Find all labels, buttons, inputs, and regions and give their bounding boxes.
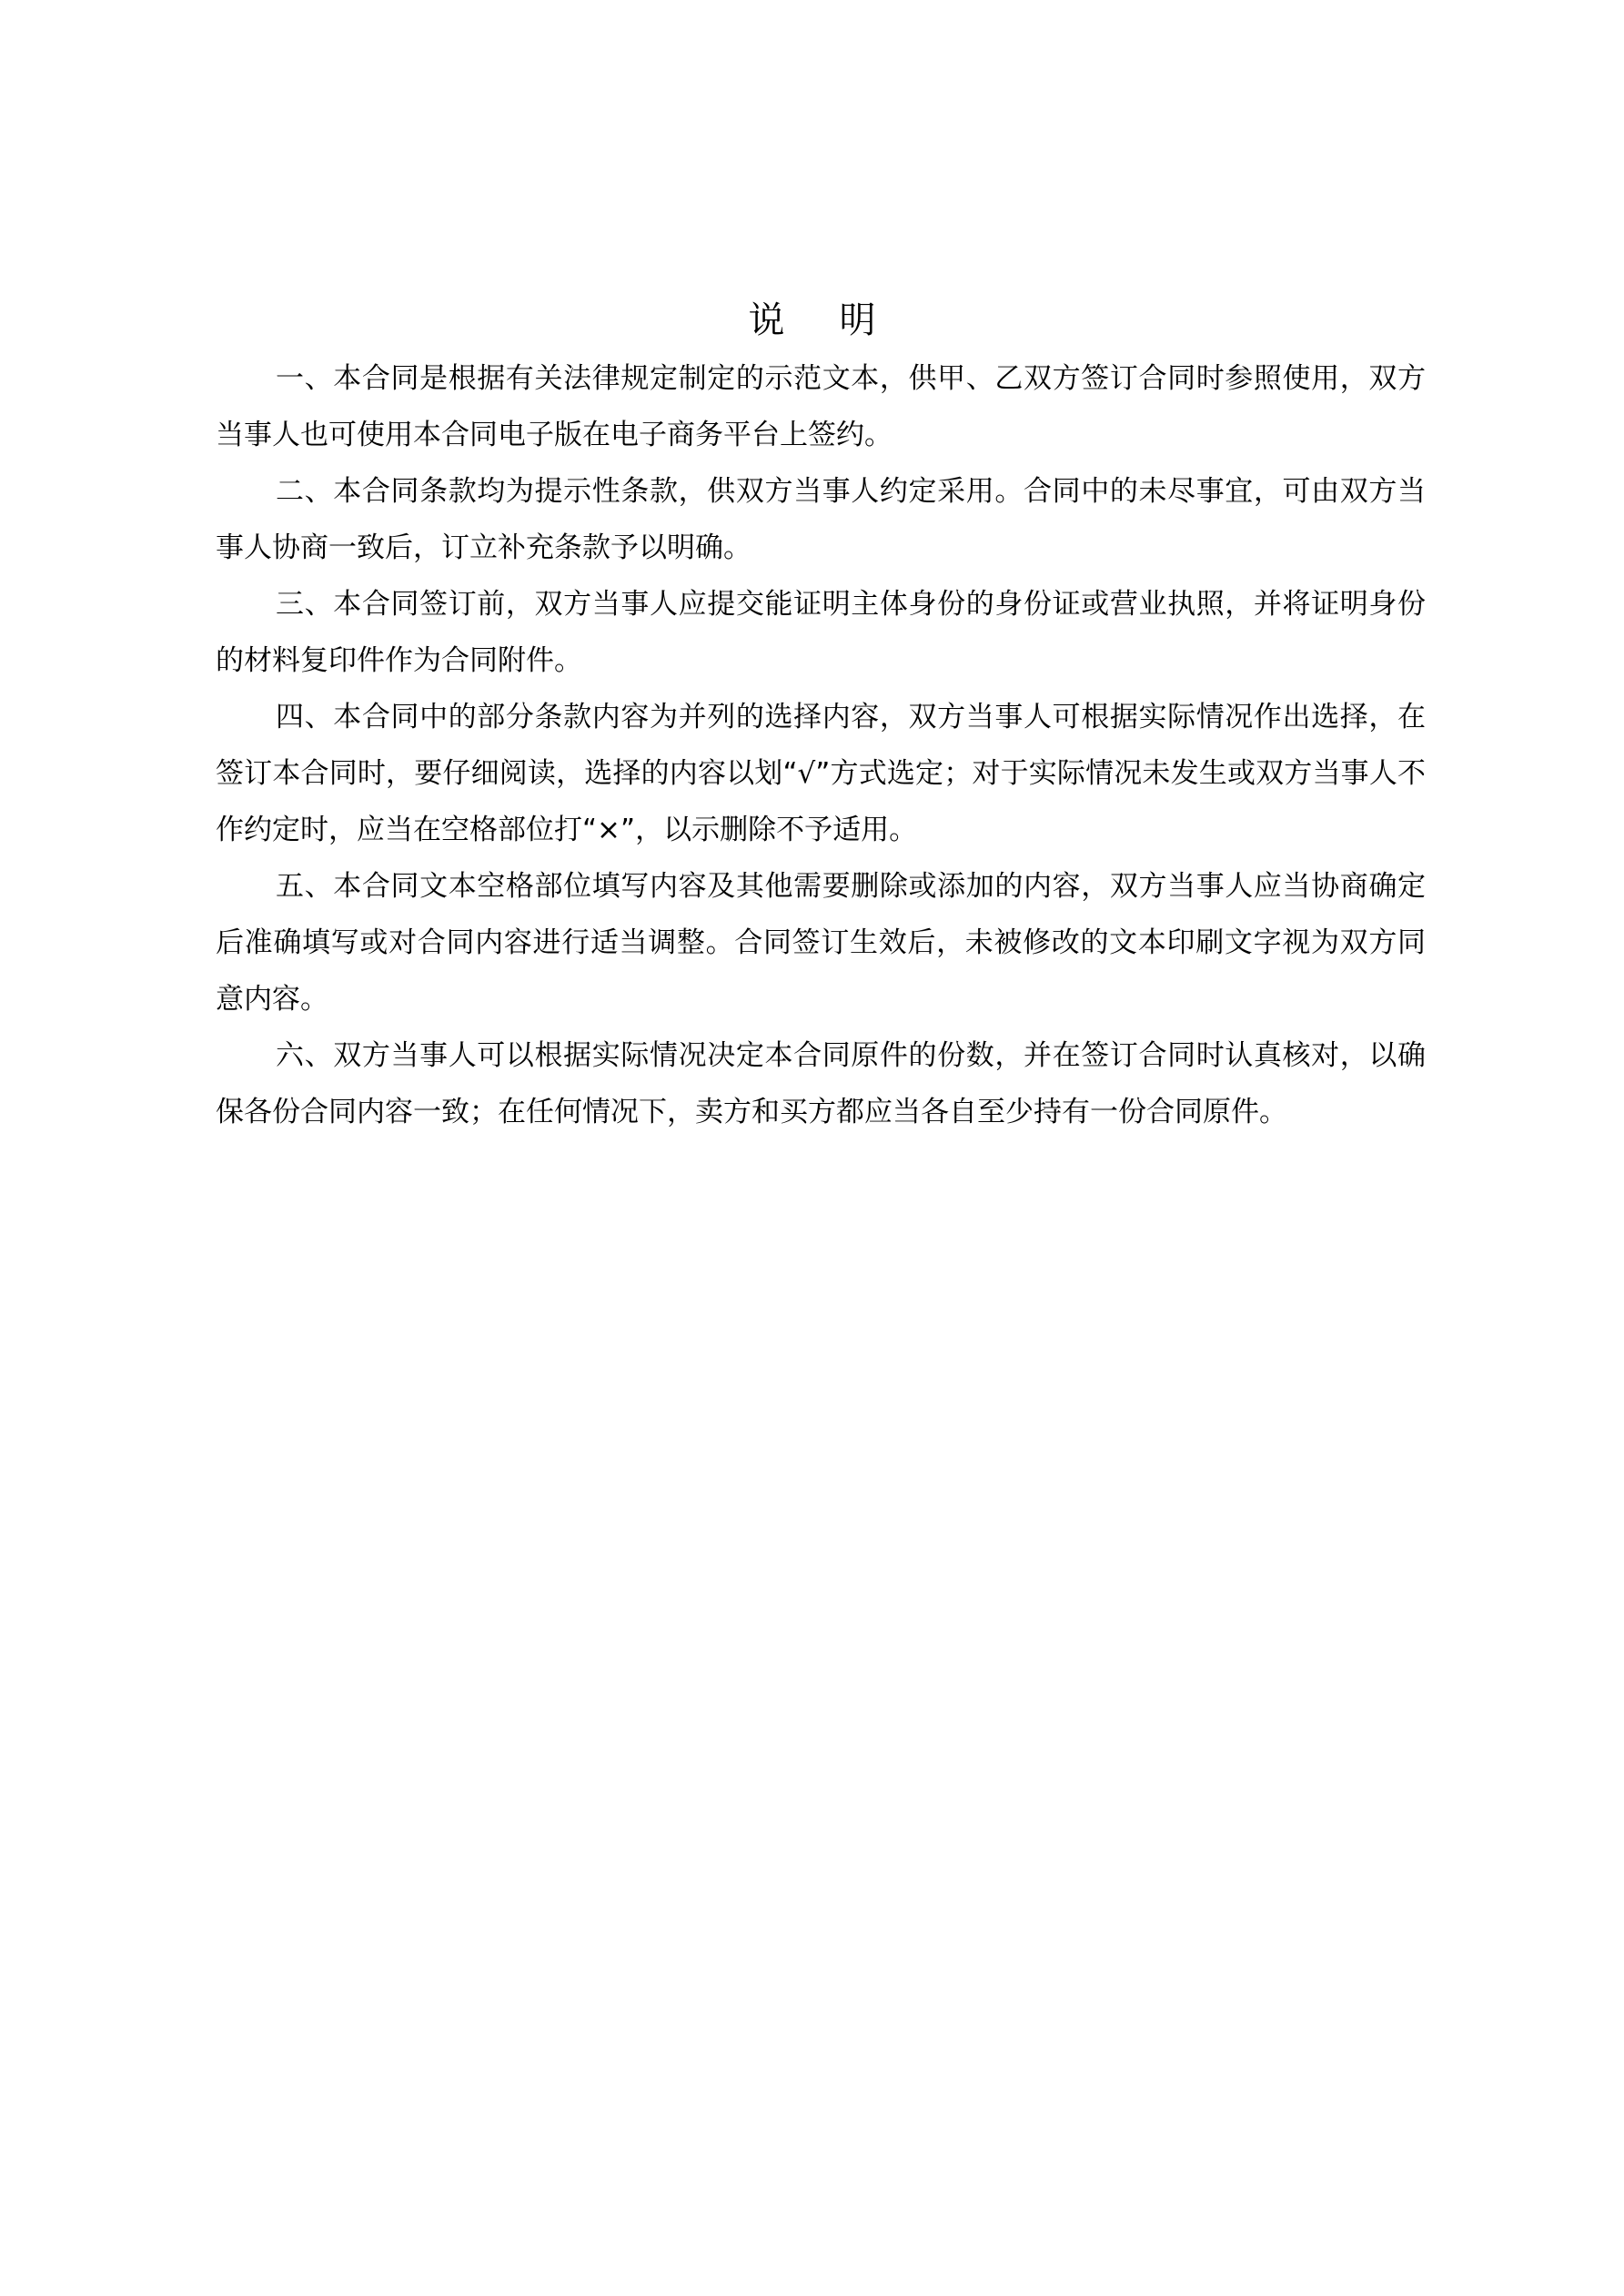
paragraph-6: 六、双方当事人可以根据实际情况决定本合同原件的份数，并在签订合同时认真核对，以确… [216, 1027, 1426, 1140]
document-page: 说明 一、本合同是根据有关法律规定制定的示范文本，供甲、乙双方签订合同时参照使用… [0, 0, 1624, 2296]
title-char-2: 明 [840, 299, 876, 341]
paragraph-3: 三、本合同签订前，双方当事人应提交能证明主体身份的身份证或营业执照，并将证明身份… [216, 576, 1426, 689]
paragraph-2: 二、本合同条款均为提示性条款，供双方当事人约定采用。合同中的未尽事宜，可由双方当… [216, 463, 1426, 576]
paragraph-5: 五、本合同文本空格部位填写内容及其他需要删除或添加的内容，双方当事人应当协商确定… [216, 858, 1426, 1027]
page-title: 说明 [0, 293, 1624, 348]
instructions-body: 一、本合同是根据有关法律规定制定的示范文本，供甲、乙双方签订合同时参照使用，双方… [216, 350, 1426, 1140]
title-char-1: 说 [749, 299, 785, 341]
paragraph-4: 四、本合同中的部分条款内容为并列的选择内容，双方当事人可根据实际情况作出选择，在… [216, 689, 1426, 858]
paragraph-1: 一、本合同是根据有关法律规定制定的示范文本，供甲、乙双方签订合同时参照使用，双方… [216, 350, 1426, 463]
